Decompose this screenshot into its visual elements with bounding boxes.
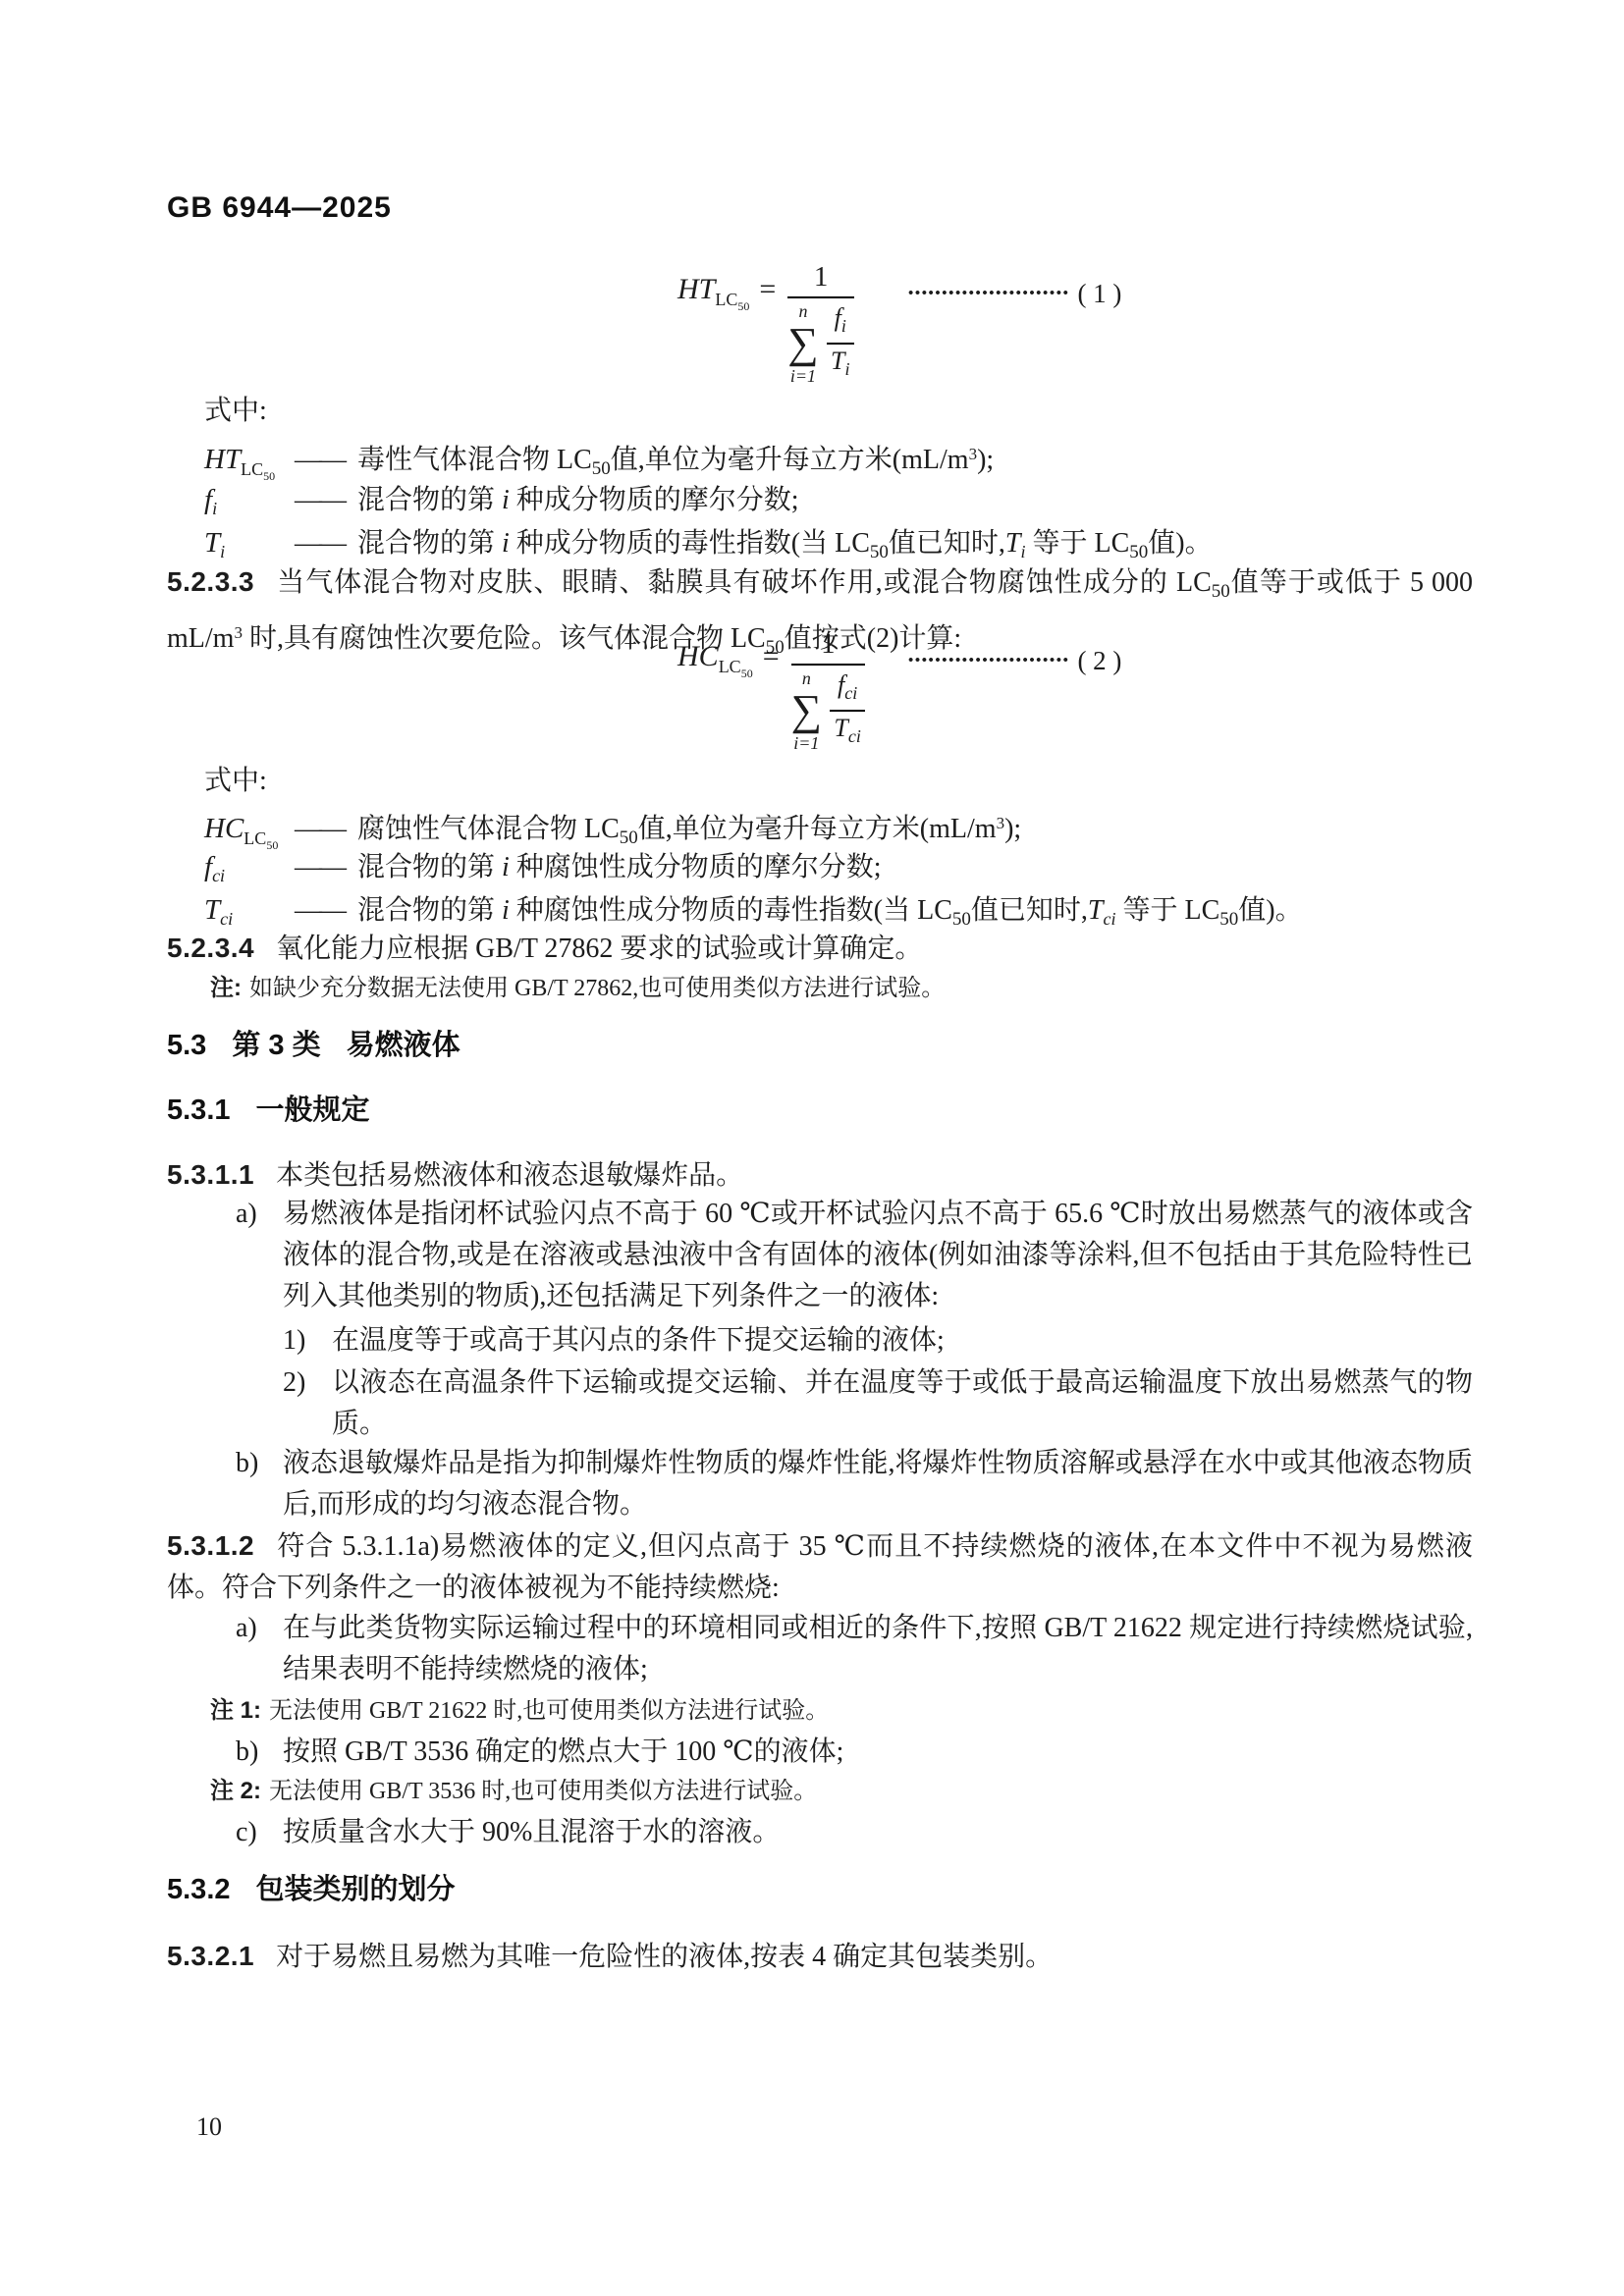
inner-fraction-denominator: Tci bbox=[834, 712, 860, 751]
section-number: 5.3.2.1 bbox=[167, 1941, 254, 1971]
list-item-text: 按照 GB/T 3536 确定的燃点大于 100 ℃的液体; bbox=[283, 1732, 1473, 1773]
class-label: 第 3 类 bbox=[232, 1030, 320, 1061]
inner-fraction-denominator: Ti bbox=[831, 345, 849, 384]
formula-2-lhs-symbol: HC bbox=[677, 640, 719, 672]
section-number: 5.3.1.1 bbox=[167, 1159, 254, 1190]
leader-dots: •••••••••••••••••••••••• bbox=[908, 653, 1069, 669]
inner-fraction-numerator: fi bbox=[827, 303, 854, 345]
list-item-text: 在与此类货物实际运输过程中的环境相同或相近的条件下,按照 GB/T 21622 … bbox=[283, 1608, 1473, 1690]
summation: n ∑ i=1 bbox=[791, 668, 822, 753]
fraction-bar bbox=[791, 664, 866, 666]
list-marker: a) bbox=[236, 1194, 283, 1317]
list-marker: 2) bbox=[283, 1362, 332, 1445]
note-2: 注 2:无法使用 GB/T 3536 时,也可使用类似方法进行试验。 bbox=[210, 1775, 1473, 1808]
definition-text: 混合物的第 i 种成分物质的摩尔分数; bbox=[357, 480, 799, 521]
section-number: 5.3 bbox=[167, 1030, 206, 1061]
list-marker: b) bbox=[236, 1443, 283, 1525]
list-item-a1-1: 1) 在温度等于或高于其闪点的条件下提交运输的液体; bbox=[283, 1320, 1473, 1362]
note-text: 如缺少充分数据无法使用 GB/T 27862,也可使用类似方法进行试验。 bbox=[249, 976, 945, 1001]
equation-number-label: ( 2 ) bbox=[1077, 646, 1121, 676]
list-item-text: 按质量含水大于 90%且混溶于水的溶液。 bbox=[283, 1812, 1473, 1853]
paragraph-5321: 5.3.2.1对于易燃且易燃为其唯一危险性的液体,按表 4 确定其包装类别。 bbox=[167, 1936, 1473, 1978]
class-title: 易燃液体 bbox=[347, 1030, 460, 1061]
equation-1-number: ••••••••••••••••••••••••( 1 ) bbox=[908, 279, 1121, 309]
list-item-text: 以液态在高温条件下运输或提交运输、并在温度等于或低于最高运输温度下放出易燃蒸气的… bbox=[332, 1362, 1473, 1445]
list-item-a1-2: 2) 以液态在高温条件下运输或提交运输、并在温度等于或低于最高运输温度下放出易燃… bbox=[283, 1362, 1473, 1445]
list-item-a2: a) 在与此类货物实际运输过程中的环境相同或相近的条件下,按照 GB/T 216… bbox=[236, 1608, 1473, 1690]
equation-2-number: ••••••••••••••••••••••••( 2 ) bbox=[908, 646, 1121, 676]
definition-dash: —— bbox=[295, 440, 344, 481]
section-number: 5.2.3.3 bbox=[167, 566, 254, 597]
heading-5-3-2: 5.3.2包装类别的划分 bbox=[167, 1873, 456, 1906]
note-label: 注 1: bbox=[210, 1697, 261, 1724]
where-label-2: 式中: bbox=[204, 761, 267, 802]
paragraph-5234: 5.2.3.4氧化能力应根据 GB/T 27862 要求的试验或计算确定。 bbox=[167, 928, 1473, 970]
list-item-b2: b) 按照 GB/T 3536 确定的燃点大于 100 ℃的液体; bbox=[236, 1732, 1473, 1773]
formula-1-lhs: HTLC50= bbox=[677, 273, 787, 314]
section-title: 包装类别的划分 bbox=[256, 1874, 456, 1905]
sum-lower-limit: i=1 bbox=[793, 733, 819, 753]
equals-sign: = bbox=[759, 273, 776, 305]
inner-fraction: fi Ti bbox=[827, 303, 854, 384]
formula-2: HCLC50= 1 n ∑ i=1 fci Tci bbox=[677, 628, 865, 753]
section-number: 5.2.3.4 bbox=[167, 933, 254, 963]
note-1: 注 1:无法使用 GB/T 21622 时,也可使用类似方法进行试验。 bbox=[210, 1694, 1473, 1728]
formula-2-lhs: HCLC50= bbox=[677, 640, 791, 681]
definition-dash: —— bbox=[295, 890, 344, 932]
inner-fraction: fci Tci bbox=[830, 670, 865, 751]
section-number: 5.3.1.2 bbox=[167, 1530, 254, 1561]
document-header: GB 6944—2025 bbox=[167, 191, 392, 225]
formula-1-lhs-subsubscript: 50 bbox=[737, 299, 749, 313]
paragraph-5311: 5.3.1.1本类包括易燃液体和液态退敏爆炸品。 bbox=[167, 1154, 1473, 1197]
formula-2-lhs-subscript: LC bbox=[719, 657, 741, 676]
formula-2-lhs-subsubscript: 50 bbox=[741, 667, 753, 680]
heading-5-3: 5.3第 3 类易燃液体 bbox=[167, 1029, 460, 1062]
formula-1: HTLC50= 1 n ∑ i=1 fi Ti bbox=[677, 261, 854, 386]
standard-document-page: GB 6944—2025 HTLC50= 1 n ∑ i=1 fi Ti bbox=[0, 0, 1624, 2296]
note-text: 无法使用 GB/T 21622 时,也可使用类似方法进行试验。 bbox=[269, 1698, 829, 1724]
leader-dots: •••••••••••••••••••••••• bbox=[908, 286, 1069, 302]
sigma-symbol: ∑ bbox=[791, 688, 822, 733]
formula-1-lhs-symbol: HT bbox=[677, 273, 715, 305]
equals-sign: = bbox=[763, 640, 780, 672]
formula-1-lhs-subscript: LC bbox=[715, 290, 737, 309]
section-number: 5.3.2 bbox=[167, 1874, 231, 1905]
formula-2-fraction: 1 n ∑ i=1 fci Tci bbox=[791, 628, 866, 753]
section-number: 5.3.1 bbox=[167, 1095, 231, 1126]
fraction-numerator: 1 bbox=[810, 261, 833, 294]
list-item-text: 液态退敏爆炸品是指为抑制爆炸性物质的爆炸性能,将爆炸性物质溶解或悬浮在水中或其他… bbox=[283, 1443, 1473, 1525]
fraction-denominator: n ∑ i=1 fi Ti bbox=[787, 301, 854, 386]
list-item-text: 在温度等于或高于其闪点的条件下提交运输的液体; bbox=[332, 1320, 1473, 1362]
note-label: 注: bbox=[210, 975, 242, 1001]
list-marker: b) bbox=[236, 1732, 283, 1773]
page-number: 10 bbox=[196, 2112, 222, 2142]
note-text: 无法使用 GB/T 3536 时,也可使用类似方法进行试验。 bbox=[269, 1779, 817, 1804]
list-item-c2: c) 按质量含水大于 90%且混溶于水的溶液。 bbox=[236, 1812, 1473, 1853]
list-marker: c) bbox=[236, 1812, 283, 1853]
where-label-1: 式中: bbox=[204, 391, 267, 432]
paragraph-5312: 5.3.1.2符合 5.3.1.1a)易燃液体的定义,但闪点高于 35 ℃而且不… bbox=[167, 1525, 1473, 1609]
list-item-text: 易燃液体是指闭杯试验闪点不高于 60 ℃或开杯试验闪点不高于 65.6 ℃时放出… bbox=[283, 1194, 1473, 1317]
sum-upper-limit: n bbox=[802, 668, 811, 688]
formula-1-fraction: 1 n ∑ i=1 fi Ti bbox=[787, 261, 854, 386]
fraction-bar bbox=[787, 296, 854, 298]
list-item-b1: b) 液态退敏爆炸品是指为抑制爆炸性物质的爆炸性能,将爆炸性物质溶解或悬浮在水中… bbox=[236, 1443, 1473, 1525]
definition-dash: —— bbox=[295, 809, 344, 850]
inner-fraction-numerator: fci bbox=[830, 670, 865, 712]
list-marker: 1) bbox=[283, 1320, 332, 1362]
list-item-a1: a) 易燃液体是指闭杯试验闪点不高于 60 ℃或开杯试验闪点不高于 65.6 ℃… bbox=[236, 1194, 1473, 1317]
sum-lower-limit: i=1 bbox=[790, 366, 816, 386]
fraction-numerator: 1 bbox=[817, 628, 839, 661]
note-label: 注 2: bbox=[210, 1778, 261, 1804]
equation-number-label: ( 1 ) bbox=[1077, 279, 1121, 309]
sum-upper-limit: n bbox=[798, 301, 807, 321]
definition-dash: —— bbox=[295, 847, 344, 888]
definition-text: 混合物的第 i 种腐蚀性成分物质的摩尔分数; bbox=[357, 847, 882, 888]
section-title: 一般规定 bbox=[256, 1095, 370, 1126]
summation: n ∑ i=1 bbox=[787, 301, 818, 386]
definition-dash: —— bbox=[295, 480, 344, 521]
fraction-denominator: n ∑ i=1 fci Tci bbox=[791, 668, 866, 753]
heading-5-3-1: 5.3.1一般规定 bbox=[167, 1094, 370, 1127]
sigma-symbol: ∑ bbox=[787, 321, 818, 366]
definition-dash: —— bbox=[295, 523, 344, 564]
list-marker: a) bbox=[236, 1608, 283, 1690]
note-5234: 注:如缺少充分数据无法使用 GB/T 27862,也可使用类似方法进行试验。 bbox=[210, 972, 1473, 1005]
